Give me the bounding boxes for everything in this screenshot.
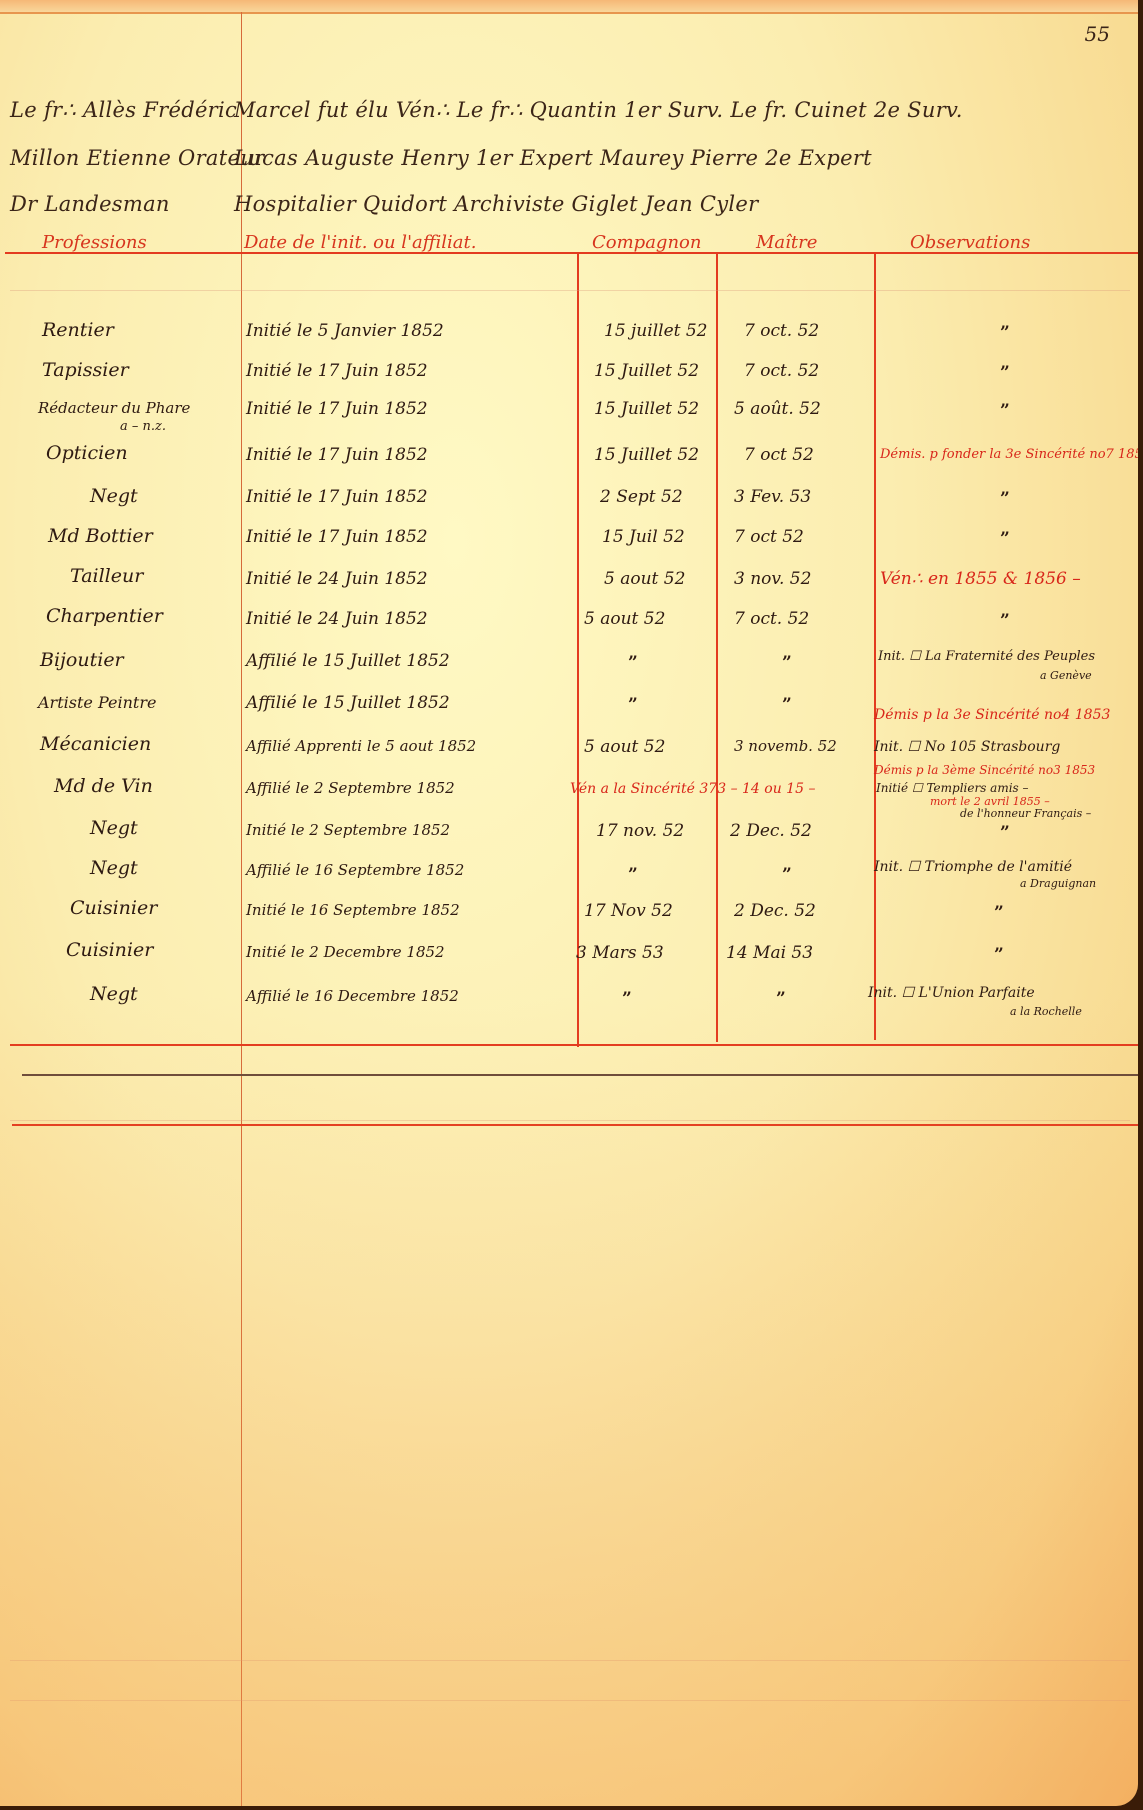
table-row-7-compagnon: 5 aout 52 [584, 610, 665, 629]
header-line-1: Le fr∴ Allès FrédéricMarcel fut élu Vén∴… [10, 98, 963, 122]
table-row-11-observations-sub3: de l'honneur Français – [960, 808, 1091, 820]
table-row-12-maitre: 2 Dec. 52 [730, 822, 812, 841]
table-row-1-compagnon: 15 Juillet 52 [594, 362, 699, 381]
table-row-9-maitre: ” [782, 696, 792, 715]
table-row-2-maitre: 5 août. 52 [734, 400, 821, 419]
column-header-date: Date de l'init. ou l'affiliat. [244, 232, 476, 253]
table-row-8-maitre: ” [782, 654, 792, 673]
table-row-3-profession: Opticien [46, 443, 128, 464]
table-row-6-date: Initié le 24 Juin 1852 [246, 570, 428, 589]
table-row-9-profession: Artiste Peintre [38, 694, 156, 712]
header-line-1-left: Le fr∴ Allès Frédéric [10, 98, 234, 122]
table-row-11-observations-sub: Initié ☐ Templiers amis – [876, 782, 1029, 795]
table-row-4-maitre: 3 Fev. 53 [734, 488, 811, 507]
table-row-11-date: Affilié le 2 Septembre 1852 [246, 780, 455, 797]
table-row-3-date: Initié le 17 Juin 1852 [246, 446, 428, 465]
header-line-2: Millon Etienne OrateurLucas Auguste Henr… [10, 146, 872, 170]
table-row-0-profession: Rentier [42, 320, 114, 341]
ruled-line [10, 290, 1130, 291]
table-row-7-date: Initié le 24 Juin 1852 [246, 610, 428, 629]
table-row-1-date: Initié le 17 Juin 1852 [246, 362, 428, 381]
table-row-14-date: Initié le 16 Septembre 1852 [246, 902, 460, 919]
table-row-14-maitre: 2 Dec. 52 [734, 902, 816, 921]
table-row-2-profession: Rédacteur du Phare [38, 400, 190, 417]
header-line-2-left: Millon Etienne Orateur [10, 146, 234, 170]
table-row-9-observations: Démis p la 3e Sincérité no4 1853 [874, 708, 1110, 723]
table-row-15-profession: Cuisinier [66, 940, 153, 961]
separator-rule [22, 1074, 1138, 1076]
table-row-10-maitre: 3 novemb. 52 [734, 738, 837, 755]
table-row-1-maitre: 7 oct. 52 [744, 362, 819, 381]
table-row-14-profession: Cuisinier [70, 898, 157, 919]
table-row-16-profession: Negt [90, 984, 138, 1005]
table-row-13-observations: Init. ☐ Triomphe de l'amitié [874, 860, 1072, 875]
table-row-8-compagnon: ” [628, 654, 638, 673]
table-row-9-date: Affilié le 15 Juillet 1852 [246, 694, 450, 713]
column-header-profession: Professions [42, 232, 147, 253]
table-row-2-observations: ” [1000, 402, 1010, 421]
table-row-13-observations-sub: a Draguignan [1020, 878, 1096, 890]
table-row-8-profession: Bijoutier [40, 650, 124, 671]
column-header-maitre: Maître [756, 232, 817, 253]
table-row-12-compagnon: 17 nov. 52 [596, 822, 684, 841]
table-row-13-date: Affilié le 16 Septembre 1852 [246, 862, 464, 879]
table-row-6-profession: Tailleur [70, 566, 143, 587]
table-row-10-profession: Mécanicien [40, 734, 151, 755]
table-row-8-observations: Init. ☐ La Fraternité des Peuples [878, 650, 1095, 664]
column-divider-compagnon [577, 252, 579, 1047]
table-row-5-date: Initié le 17 Juin 1852 [246, 528, 428, 547]
table-row-3-compagnon: 15 Juillet 52 [594, 446, 699, 465]
table-row-4-observations: ” [1000, 490, 1010, 509]
table-row-14-compagnon: 17 Nov 52 [584, 902, 673, 921]
table-row-4-compagnon: 2 Sept 52 [600, 488, 683, 507]
section-rule [12, 1124, 1138, 1126]
table-row-16-maitre: ” [776, 990, 786, 1009]
table-row-12-date: Initié le 2 Septembre 1852 [246, 822, 450, 839]
table-row-8-observations-sub: a Genève [1040, 670, 1092, 682]
table-row-15-date: Initié le 2 Decembre 1852 [246, 944, 445, 961]
table-row-2-date: Initié le 17 Juin 1852 [246, 400, 428, 419]
table-row-0-compagnon: 15 juillet 52 [604, 322, 708, 341]
table-row-5-profession: Md Bottier [48, 526, 153, 547]
table-row-3-maitre: 7 oct 52 [744, 446, 814, 465]
table-row-16-observations-sub: a la Rochelle [1010, 1006, 1082, 1018]
table-row-11-profession: Md de Vin [54, 776, 153, 797]
table-row-7-profession: Charpentier [46, 606, 163, 627]
table-row-5-observations: ” [1000, 530, 1010, 549]
table-row-10-compagnon: 5 aout 52 [584, 738, 665, 757]
table-row-13-profession: Negt [90, 858, 138, 879]
ruled-line [10, 1120, 1130, 1121]
ruled-line [10, 1660, 1130, 1661]
table-row-5-compagnon: 15 Juil 52 [602, 528, 685, 547]
header-line-3: Dr LandesmanHospitalier Quidort Archivis… [10, 192, 759, 216]
table-row-12-profession: Negt [90, 818, 138, 839]
page-top-edge [0, 0, 1138, 14]
table-row-15-maitre: 14 Mai 53 [726, 944, 813, 963]
page-number: 55 [1085, 22, 1110, 46]
table-row-15-observations: ” [994, 946, 1004, 965]
header-line-1-right: Marcel fut élu Vén∴ Le fr∴ Quantin 1er S… [234, 98, 963, 122]
margin-line [241, 12, 242, 1806]
table-row-3-observations: Démis. p fonder la 3e Sincérité no7 1853 [880, 448, 1138, 462]
table-row-2-profession-sub: a – n.z. [120, 420, 166, 434]
table-row-4-profession: Negt [90, 486, 138, 507]
table-row-11-compagnon-span: Vén a la Sincérité 373 – 14 ou 15 – [570, 782, 815, 797]
header-line-3-right: Hospitalier Quidort Archiviste Giglet Je… [234, 192, 759, 216]
table-row-4-date: Initié le 17 Juin 1852 [246, 488, 428, 507]
table-row-1-profession: Tapissier [42, 360, 129, 381]
column-divider-observations [874, 254, 876, 1040]
table-row-0-date: Initié le 5 Janvier 1852 [246, 322, 444, 341]
table-row-12-observations: ” [1000, 824, 1010, 843]
table-row-16-observations: Init. ☐ L'Union Parfaite [868, 986, 1035, 1001]
table-bottom-rule [10, 1044, 1138, 1046]
table-row-5-maitre: 7 oct 52 [734, 528, 804, 547]
table-row-16-compagnon: ” [622, 990, 632, 1009]
header-line-3-left: Dr Landesman [10, 192, 234, 216]
column-header-compagnon: Compagnon [592, 232, 701, 253]
table-row-0-observations: ” [1000, 324, 1010, 343]
table-row-7-maitre: 7 oct. 52 [734, 610, 809, 629]
column-header-observations: Observations [910, 232, 1030, 253]
table-row-10-observations: Init. ☐ No 105 Strasbourg [874, 740, 1060, 755]
column-divider-maitre [716, 252, 718, 1042]
table-row-0-maitre: 7 oct. 52 [744, 322, 819, 341]
table-row-15-compagnon: 3 Mars 53 [576, 944, 664, 963]
table-row-1-observations: ” [1000, 364, 1010, 383]
table-row-6-observations: Vén∴ en 1855 & 1856 – [880, 570, 1081, 589]
table-row-13-compagnon: ” [628, 866, 638, 885]
ledger-page: 55 Le fr∴ Allès FrédéricMarcel fut élu V… [0, 0, 1138, 1806]
table-row-9-compagnon: ” [628, 696, 638, 715]
table-row-11-observations: Démis p la 3ème Sincérité no3 1853 [874, 764, 1095, 777]
table-row-2-compagnon: 15 Juillet 52 [594, 400, 699, 419]
ruled-line [10, 1700, 1130, 1701]
table-row-7-observations: ” [1000, 612, 1010, 631]
table-row-13-maitre: ” [782, 866, 792, 885]
table-row-6-compagnon: 5 aout 52 [604, 570, 685, 589]
table-row-14-observations: ” [994, 904, 1004, 923]
table-row-6-maitre: 3 nov. 52 [734, 570, 811, 589]
table-row-16-date: Affilié le 16 Decembre 1852 [246, 988, 459, 1005]
header-line-2-right: Lucas Auguste Henry 1er Expert Maurey Pi… [234, 146, 872, 170]
table-row-8-date: Affilié le 15 Juillet 1852 [246, 652, 450, 671]
table-row-10-date: Affilié Apprenti le 5 aout 1852 [246, 738, 476, 755]
